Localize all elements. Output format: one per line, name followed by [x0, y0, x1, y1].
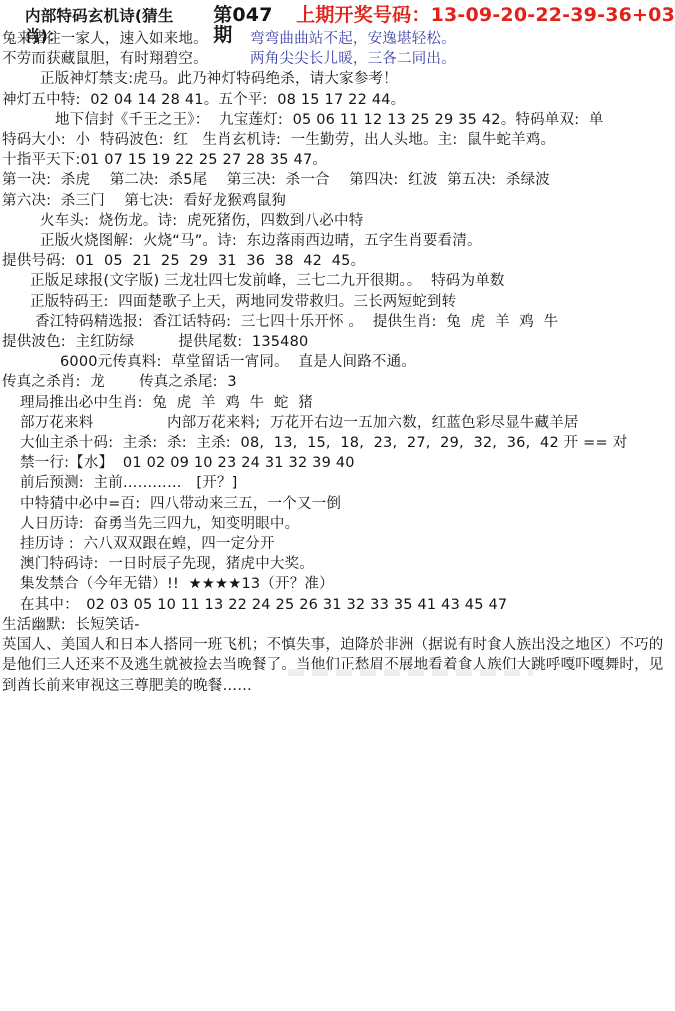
line-among-numbers: 在其中： 02 03 05 10 11 13 22 24 25 26 31 32…: [0, 595, 675, 615]
sheet-content: 内部特码玄机诗(猜生肖)： 第047期 上期开奖号码：13-09-20-22-3…: [0, 5, 675, 696]
humor-paragraph: 英国人、美国人和日本人搭同一班飞机；不慎失事，迫降於非洲（据说有时食人族出没之地…: [0, 635, 675, 696]
last-draw-label: 上期开奖号码：: [296, 4, 430, 26]
line-provided-numbers: 提供号码: 01 05 21 25 29 31 36 38 42 45。: [0, 251, 675, 271]
poem-row: 兔来猪往一家人，速入如来地。 弯弯曲曲站不起，安逸堪轻松。: [0, 29, 675, 49]
poem-right: 两角尖尖长儿暖，三各二同出。: [250, 49, 456, 69]
line-zuqiubao: 正版足球报(文字版) 三龙壮四七发前峰，三七二九开很期。。 特码为单数: [0, 271, 675, 291]
line-shendeng-forbid: 正版神灯禁支:虎马。此乃神灯特码绝杀，请大家参考！: [0, 69, 675, 89]
line-guali-poem: 挂历诗 : 六八双双跟在蝗，四一定分开: [0, 534, 675, 554]
humor-title: 生活幽默: 长短笑话-: [0, 615, 675, 635]
poem-right: 弯弯曲曲站不起，安逸堪轻松。: [250, 29, 456, 49]
poem-row: 不劳而获藏鼠胆，有时翔碧空。 两角尖尖长儿暖，三各二同出。: [0, 49, 675, 69]
line-jue-6to7: 第六决: 杀三门 第七决: 看好龙猴鸡鼠狗: [0, 191, 675, 211]
line-wanhua: 部万花来料 内部万花来料; 万花开右边一五加六数，红蓝色彩尽显牛藏羊居: [0, 413, 675, 433]
line-rili-poem: 人日历诗: 奋勇当先三四九，知变明眼中。: [0, 514, 675, 534]
line-wave-tail: 提供波色: 主红防绿 提供尾数: 135480: [0, 332, 675, 352]
line-size-wave-zodiac: 特码大小: 小 特码波色: 红 生肖玄机诗: 一生勤劳，出人头地。主: 鼠牛蛇羊…: [0, 130, 675, 150]
line-shendeng-five: 神灯五中特: 02 04 14 28 41。五个平: 08 15 17 22 4…: [0, 90, 675, 110]
line-daxian-kill10: 大仙主杀十码: 主杀: 杀: 主杀: 08, 13, 15, 18, 23, 2…: [0, 433, 675, 453]
last-draw-value: 13-09-20-22-39-36+03: [431, 4, 675, 26]
line-jifa-stars: 集发禁合（今年无错）!! ★★★★13（开？准）: [0, 574, 675, 594]
lottery-tip-sheet: 内部特码玄机诗(猜生肖)： 第047期 上期开奖号码：13-09-20-22-3…: [0, 0, 675, 1011]
line-huochetou: 火车头: 烧伤龙。诗: 虎死猪伤，四数到八必中特: [0, 211, 675, 231]
poem-left: 兔来猪往一家人，速入如来地。: [0, 29, 250, 49]
line-huoshao-tujie: 正版火烧图解: 火烧“马”。诗: 东边落雨西边晴，五字生肖要看清。: [0, 231, 675, 251]
line-temawang: 正版特码王: 四面楚歌子上天，两地同发带救归。三长两短蛇到转: [0, 292, 675, 312]
line-aomen-poem: 澳门特码诗: 一日时辰子先现，猪虎中大奖。: [0, 554, 675, 574]
header-row: 内部特码玄机诗(猜生肖)： 第047期 上期开奖号码：13-09-20-22-3…: [0, 5, 675, 29]
last-draw-numbers: 上期开奖号码：13-09-20-22-39-36+03: [296, 5, 675, 25]
line-zhongte-guess: 中特猜中必中=百: 四八带动来三五，一个又一倒: [0, 494, 675, 514]
poem-left: 不劳而获藏鼠胆，有时翔碧空。: [0, 49, 250, 69]
line-qianhou-forecast: 前后预测: 主前………… [开？]: [0, 473, 675, 493]
line-fax-kill: 传真之杀肖: 龙 传真之杀尾: 3: [0, 372, 675, 392]
line-shizhi-numbers: 十指平天下:01 07 15 19 22 25 27 28 35 47。: [0, 150, 675, 170]
faint-watermark: [288, 669, 533, 676]
line-dixia-xinfeng: 地下信封《千王之王》： 九宝莲灯: 05 06 11 12 13 25 29 3…: [0, 110, 675, 130]
line-fax-6000: 6000元传真料: 草堂留话一宵同。 直是人间路不通。: [0, 352, 675, 372]
line-jinyihang: 禁一行:【水】 01 02 09 10 23 24 31 32 39 40: [0, 453, 675, 473]
line-xiangjiang: 香江特码精选报: 香江话特码: 三七四十乐开怀 。 提供生肖: 兔 虎 羊 鸡 …: [0, 312, 675, 332]
line-jue-1to5: 第一决: 杀虎 第二决: 杀5尾 第三决: 杀一合 第四决: 红波 第五决: 杀…: [0, 170, 675, 190]
line-liju-zodiac: 理局推出必中生肖: 兔 虎 羊 鸡 牛 蛇 猪: [0, 393, 675, 413]
